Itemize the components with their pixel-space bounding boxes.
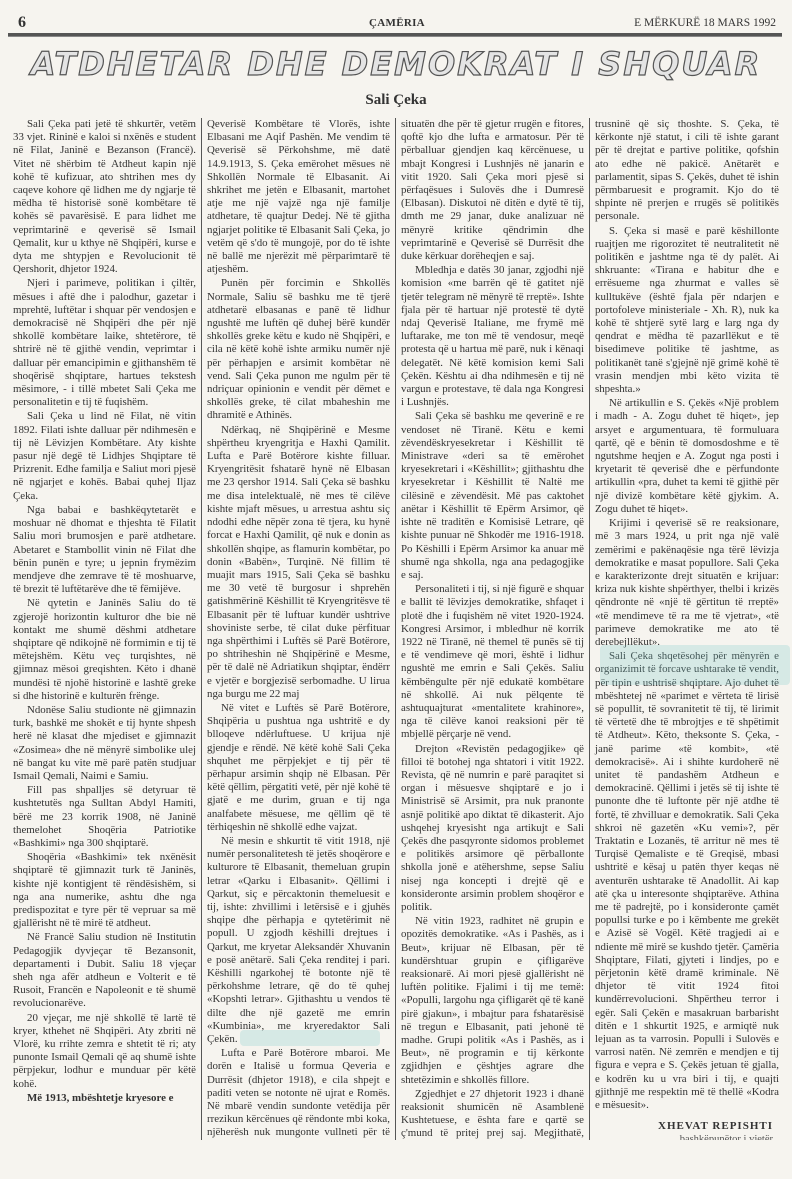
article-column-1: Sali Çeka pati jetë të shkurtër, vetëm 3… xyxy=(8,118,202,1140)
paragraph: Shoqëria «Bashkimi» tek nxënësit shqipta… xyxy=(13,851,196,930)
article-column-3: situatën dhe për të gjetur rrugën e fito… xyxy=(396,118,590,1140)
paragraph: Në mesin e shkurtit të vitit 1918, një n… xyxy=(207,835,390,1046)
paragraph: Në qytetin e Janinës Saliu do të zgjeroj… xyxy=(13,597,196,703)
article-byline: Sali Çeka xyxy=(0,92,792,109)
paragraph: Nga babai e bashkëqytetarët e moshuar në… xyxy=(13,504,196,596)
paragraph: Fill pas shpalljes së detyruar të kushte… xyxy=(13,784,196,850)
paragraph: 20 vjeçar, me një shkollë të lartë të kr… xyxy=(13,1012,196,1091)
paragraph: Sali Çeka shqetësohej për mënyrën e orga… xyxy=(595,650,779,1112)
paragraph: Sali Çeka së bashku me qeverinë e re ven… xyxy=(401,410,584,582)
paragraph: Njeri i parimeve, politikan i çiltër, më… xyxy=(13,277,196,409)
article-column-4: trusninë që siç thoshte. S. Çeka, të kër… xyxy=(590,118,784,1140)
paragraph: Në artikullin e S. Çekës «Një problem i … xyxy=(595,397,779,516)
paragraph: Qeverisë Kombëtare të Vlorës, ishte Elba… xyxy=(207,118,390,276)
paragraph: S. Çeka si masë e parë këshillonte ruajt… xyxy=(595,225,779,397)
masthead-rule xyxy=(8,33,782,37)
paragraph: Drejton «Revistën pedagogjike» që filloi… xyxy=(401,743,584,915)
highlight-stain xyxy=(600,645,790,685)
paragraph: Ndërkaq, në Shqipërinë e Mesme shpërtheu… xyxy=(207,424,390,701)
paragraph: Sali Çeka u lind në Filat, në vitin 1892… xyxy=(13,410,196,502)
paragraph: Në vitin 1923, radhitet në grupin e opoz… xyxy=(401,915,584,1087)
paragraph: Zgjedhjet e 27 dhjetorit 1923 i dhanë re… xyxy=(401,1088,584,1140)
paragraph: Personaliteti i tij, si një figurë e shq… xyxy=(401,583,584,741)
paragraph: situatën dhe për të gjetur rrugën e fito… xyxy=(401,118,584,263)
paragraph: Më 1913, mbështetje kryesore e xyxy=(13,1092,196,1105)
paragraph: Në Francë Saliu studion në Institutin Pe… xyxy=(13,931,196,1010)
paragraph: Ndonëse Saliu studionte në gjimnazin tur… xyxy=(13,704,196,783)
paragraph: Në vitet e Luftës së Parë Botërore, Shqi… xyxy=(207,702,390,834)
author-signature: XHEVAT REPISHTI xyxy=(595,1120,779,1133)
author-role: bashkëpunëtor i vjetër xyxy=(595,1133,779,1140)
issue-date: E MËRKURË 18 MARS 1992 xyxy=(634,17,776,29)
newspaper-page: 6 ÇAMËRIA E MËRKURË 18 MARS 1992 ATDHETA… xyxy=(0,0,792,1179)
paragraph: Mbledhja e datës 30 janar, zgjodhi një k… xyxy=(401,264,584,409)
paragraph: Lufta e Parë Botërore mbaroi. Me dorën e… xyxy=(207,1047,390,1140)
article-headline: ATDHETAR DHE DEMOKRAT I SHQUAR xyxy=(0,45,792,83)
paragraph: Sali Çeka pati jetë të shkurtër, vetëm 3… xyxy=(13,118,196,276)
paragraph: trusninë që siç thoshte. S. Çeka, të kër… xyxy=(595,118,779,224)
masthead: 6 ÇAMËRIA E MËRKURË 18 MARS 1992 xyxy=(14,14,780,34)
highlight-stain xyxy=(240,1030,380,1046)
paragraph: Punën për forcimin e Shkollës Normale, S… xyxy=(207,277,390,422)
article-column-2: Qeverisë Kombëtare të Vlorës, ishte Elba… xyxy=(202,118,396,1140)
paragraph: Krijimi i qeverisë së re reaksionare, më… xyxy=(595,517,779,649)
